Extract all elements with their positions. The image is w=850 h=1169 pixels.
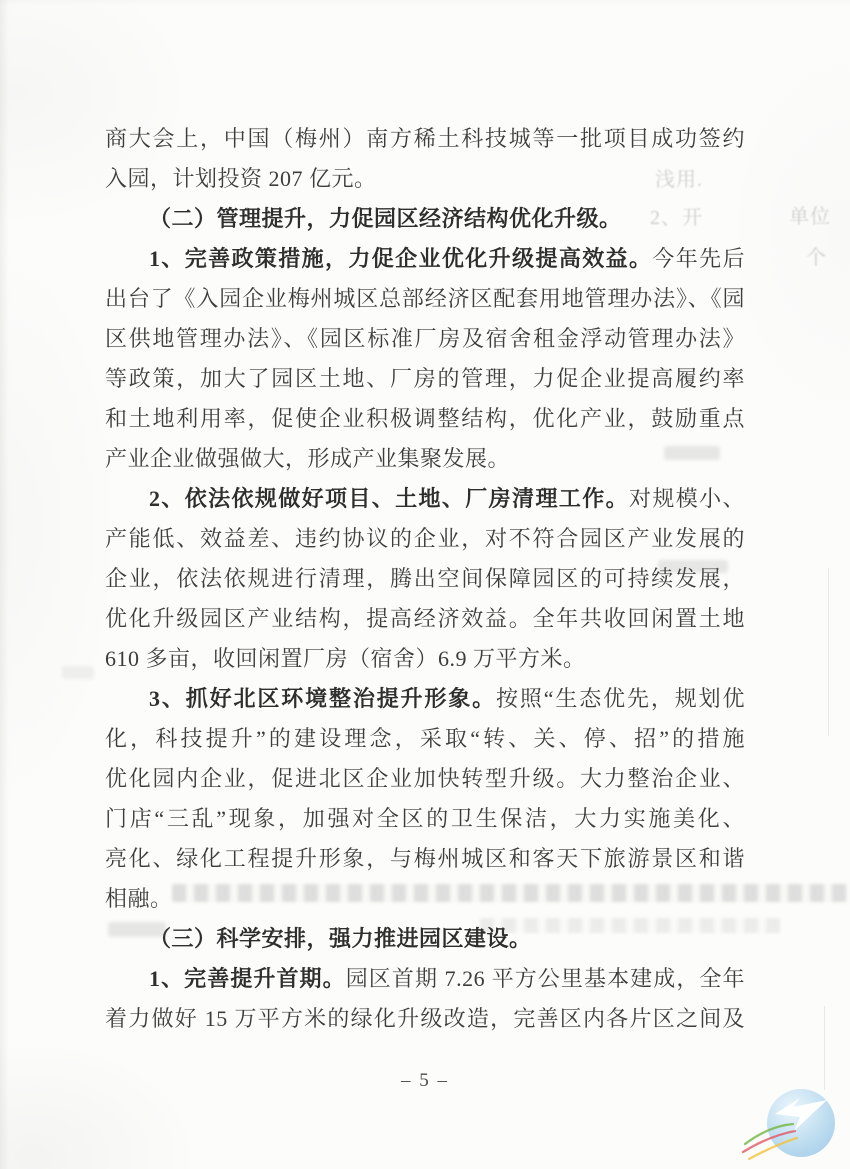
bleed-through-text: 2、开 bbox=[650, 201, 703, 230]
text-line: 区供地管理办法》、《园区标准厂房及宿舍租金浮动管理办法》 bbox=[105, 319, 745, 359]
text-segment: 企业，依法依规进行清理，腾出空间保障园区的可持续发展， bbox=[105, 566, 745, 591]
text-segment: 和土地利用率，促使企业积极调整结构，优化产业，鼓励重点 bbox=[105, 406, 745, 431]
text-line: （二）管理提升，力促园区经济结构优化升级。 bbox=[105, 199, 745, 239]
text-line: 产能低、效益差、违约协议的企业，对不符合园区产业发展的 bbox=[105, 519, 745, 559]
bold-text-segment: 1、完善政策措施，力促企业优化升级提高效益。 bbox=[149, 246, 652, 271]
text-line: 企业，依法依规进行清理，腾出空间保障园区的可持续发展， bbox=[105, 559, 745, 599]
text-line: 产业企业做强做大，形成产业集聚发展。 bbox=[105, 439, 745, 479]
ink-smudge bbox=[658, 560, 728, 573]
text-segment: 按照“生态优先，规划优 bbox=[496, 686, 745, 711]
ink-smudge bbox=[108, 922, 166, 937]
text-segment: 610 多亩，收回闲置厂房（宿舍）6.9 万平方米。 bbox=[105, 646, 586, 671]
text-line: 等政策，加大了园区土地、厂房的管理，力促企业提高履约率 bbox=[105, 359, 745, 399]
bold-text-segment: 1、完善提升首期。 bbox=[149, 966, 346, 991]
site-logo-watermark bbox=[735, 1078, 850, 1169]
bleed-through-streak bbox=[480, 918, 780, 933]
text-segment: 产能低、效益差、违约协议的企业，对不符合园区产业发展的 bbox=[105, 526, 745, 551]
bold-text-segment: （二）管理提升，力促园区经济结构优化升级。 bbox=[149, 206, 622, 231]
text-segment: 化，科技提升”的建设理念，采取“转、关、停、招”的措施 bbox=[105, 726, 745, 751]
text-segment: 园区首期 7.26 平方公里基本建成，全年 bbox=[346, 966, 745, 991]
text-segment: 着力做好 15 万平方米的绿化升级改造，完善区内各片区之间及 bbox=[105, 1006, 745, 1031]
scanned-document-page: 商大会上，中国（梅州）南方稀土科技城等一批项目成功签约入园，计划投资 207 亿… bbox=[0, 0, 850, 1169]
text-line: 优化升级园区产业结构，提高经济效益。全年共收回闲置土地 bbox=[105, 599, 745, 639]
text-line: 着力做好 15 万平方米的绿化升级改造，完善区内各片区之间及 bbox=[105, 999, 745, 1039]
text-line: 2、依法依规做好项目、土地、厂房清理工作。对规模小、 bbox=[105, 479, 745, 519]
text-line: 门店“三乱”现象，加强对全区的卫生保洁，大力实施美化、 bbox=[105, 799, 745, 839]
text-segment: 门店“三乱”现象，加强对全区的卫生保洁，大力实施美化、 bbox=[105, 806, 745, 831]
text-line: 3、抓好北区环境整治提升形象。按照“生态优先，规划优 bbox=[105, 679, 745, 719]
bleed-through-text: 单位 bbox=[789, 200, 831, 229]
text-line: 610 多亩，收回闲置厂房（宿舍）6.9 万平方米。 bbox=[105, 639, 745, 679]
text-segment: 相融。 bbox=[105, 886, 173, 911]
text-segment: 亮化、绿化工程提升形象，与梅州城区和客天下旅游景区和谐 bbox=[105, 846, 745, 871]
text-line: 和土地利用率，促使企业积极调整结构，优化产业，鼓励重点 bbox=[105, 399, 745, 439]
text-segment: 优化升级园区产业结构，提高经济效益。全年共收回闲置土地 bbox=[105, 606, 745, 631]
text-segment: 今年先后 bbox=[652, 246, 745, 271]
text-segment: 出台了《入园企业梅州城区总部经济区配套用地管理办法》、《园 bbox=[105, 286, 745, 311]
text-segment: 区供地管理办法》、《园区标准厂房及宿舍租金浮动管理办法》 bbox=[105, 326, 745, 351]
page-number: – 5 – bbox=[105, 1070, 745, 1092]
text-segment: 商大会上，中国（梅州）南方稀土科技城等一批项目成功签约 bbox=[105, 126, 745, 151]
scan-line-artifact bbox=[828, 568, 829, 736]
text-line: 化，科技提升”的建设理念，采取“转、关、停、招”的措施 bbox=[105, 719, 745, 759]
text-line: 商大会上，中国（梅州）南方稀土科技城等一批项目成功签约 bbox=[105, 119, 745, 159]
ink-smudge bbox=[664, 446, 720, 460]
bold-text-segment: 3、抓好北区环境整治提升形象。 bbox=[149, 686, 496, 711]
text-segment: 入园，计划投资 207 亿元。 bbox=[105, 166, 377, 191]
text-line: 出台了《入园企业梅州城区总部经济区配套用地管理办法》、《园 bbox=[105, 279, 745, 319]
bold-text-segment: 2、依法依规做好项目、土地、厂房清理工作。 bbox=[149, 486, 629, 511]
text-segment: 产业企业做强做大，形成产业集聚发展。 bbox=[105, 446, 510, 471]
bold-text-segment: （三）科学安排，强力推进园区建设。 bbox=[149, 926, 532, 951]
bleed-through-text: 浅用. bbox=[655, 163, 703, 192]
text-line: 1、完善政策措施，力促企业优化升级提高效益。今年先后 bbox=[105, 239, 745, 279]
text-segment: 优化园内企业，促进北区企业加快转型升级。大力整治企业、 bbox=[105, 766, 745, 791]
ink-smudge bbox=[62, 666, 94, 679]
text-line: 亮化、绿化工程提升形象，与梅州城区和客天下旅游景区和谐 bbox=[105, 839, 745, 879]
text-line: 入园，计划投资 207 亿元。 bbox=[105, 159, 745, 199]
text-segment: 对规模小、 bbox=[629, 486, 745, 511]
text-line: 1、完善提升首期。园区首期 7.26 平方公里基本建成，全年 bbox=[105, 959, 745, 999]
bleed-through-text: 个 bbox=[806, 241, 827, 270]
text-line: 优化园内企业，促进北区企业加快转型升级。大力整治企业、 bbox=[105, 759, 745, 799]
text-segment: 等政策，加大了园区土地、厂房的管理，力促企业提高履约率 bbox=[105, 366, 745, 391]
bleed-through-streak bbox=[172, 884, 848, 902]
